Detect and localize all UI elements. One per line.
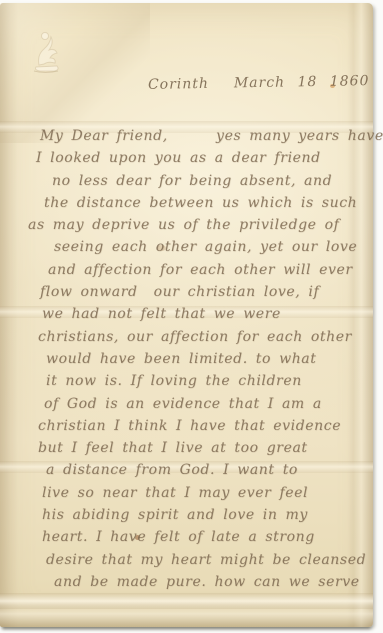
embossed-seal-icon xyxy=(24,27,66,79)
letter-line: My Dear friend, yes many years have xyxy=(40,125,367,147)
letter-line: we had not felt that we were xyxy=(42,303,367,325)
letter-line: christians, our affection for each other xyxy=(38,326,367,348)
letter-line: and affection for each other will ever xyxy=(48,259,367,281)
letter-line: of God is an evidence that I am a xyxy=(44,393,367,415)
letter-line: a distance from God. I want to xyxy=(46,459,367,481)
scanned-letter-image: Corinth March 18 1860 My Dear friend, ye… xyxy=(0,0,383,633)
letter-line: I looked upon you as a dear friend xyxy=(36,147,367,169)
letter-line: christian I think I have that evidence xyxy=(38,415,367,437)
letter-line: as may deprive us of the priviledge of xyxy=(28,214,367,236)
bottom-fold-shadow xyxy=(0,605,373,627)
letter-body: My Dear friend, yes many years have I lo… xyxy=(0,125,367,593)
letter-line: would have been limited. to what xyxy=(46,348,367,370)
letter-line: but I feel that I live at too great xyxy=(38,437,367,459)
letter-dateline: Corinth March 18 1860 xyxy=(148,73,370,93)
letter-line: and be made pure. how can we serve xyxy=(54,571,367,593)
letter-line: no less dear for being absent, and xyxy=(52,170,367,192)
letter-line: live so near that I may ever feel xyxy=(42,482,367,504)
letter-line: the distance between us which is such xyxy=(44,192,367,214)
letter-paper-sheet: Corinth March 18 1860 My Dear friend, ye… xyxy=(0,3,373,627)
letter-line: flow onward our christian love, if xyxy=(40,281,367,303)
letter-line: it now is. If loving the children xyxy=(46,370,367,392)
letter-line: heart. I have felt of late a strong xyxy=(42,526,367,548)
letter-line: seeing each other again, yet our love xyxy=(54,236,367,258)
letter-line: desire that my heart might be cleansed xyxy=(46,549,367,571)
letter-line: his abiding spirit and love in my xyxy=(42,504,367,526)
